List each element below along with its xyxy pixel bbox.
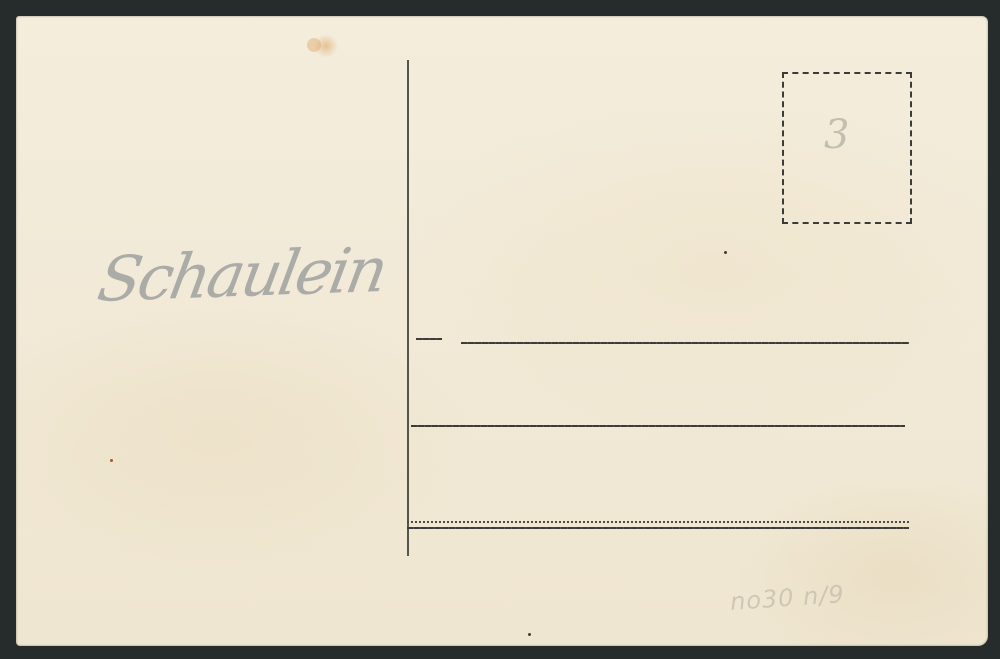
address-line-3-dotted xyxy=(407,521,909,524)
speck xyxy=(528,633,531,636)
postcard-back: Schaulein 3 no30 n/9 xyxy=(16,16,988,646)
pencil-signature: Schaulein xyxy=(93,233,391,316)
pencil-note: no30 n/9 xyxy=(729,580,845,616)
stamp-box: 3 xyxy=(782,72,912,224)
address-line-3 xyxy=(407,527,909,529)
address-line-1 xyxy=(461,342,909,344)
speck xyxy=(724,251,727,254)
address-line-2 xyxy=(411,425,905,427)
address-line-1-lead xyxy=(416,338,442,340)
center-divider-line xyxy=(407,60,409,556)
stamp-box-pencil-mark: 3 xyxy=(824,112,849,158)
age-stain xyxy=(307,38,321,52)
speck xyxy=(110,459,113,462)
